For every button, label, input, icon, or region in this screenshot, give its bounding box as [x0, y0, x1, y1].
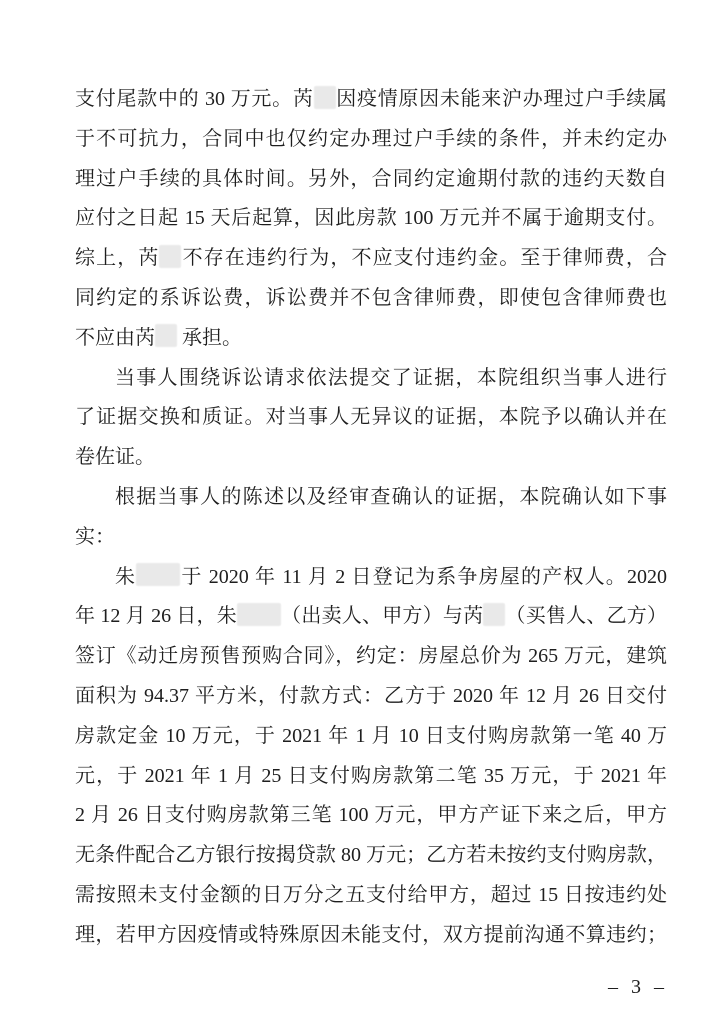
text-line: 需按照未支付金额的日万分之五支付给甲方，超过 15 日按违约处: [75, 876, 667, 916]
text-run: 于 2020 年 11 月 2 日登记为系争房屋的产权人。2020: [180, 566, 667, 588]
text-line: 不应由芮 承担。: [75, 319, 667, 359]
text-line: 无条件配合乙方银行按揭贷款 80 万元；乙方若未按约支付购房款，: [75, 836, 667, 876]
redaction-box: [483, 603, 505, 626]
text-run: 2 月 26 日支付购房款第三笔 100 万元，甲方产证下来之后，甲方: [75, 804, 667, 826]
text-line: 了证据交换和质证。对当事人无异议的证据，本院予以确认并在: [75, 398, 667, 438]
text-run: 支付尾款中的 30 万元。芮: [75, 88, 314, 110]
redaction-box: [159, 245, 181, 268]
text-run: 签订《动迁房预售预购合同》，约定：房屋总价为 265 万元，建筑: [75, 645, 667, 667]
text-line: 支付尾款中的 30 万元。芮因疫情原因未能来沪办理过户手续属: [75, 80, 667, 120]
text-run: 当事人围绕诉讼请求依法提交了证据，本院组织当事人进行: [115, 367, 667, 389]
text-line: 于不可抗力，合同中也仅约定办理过户手续的条件，并未约定办: [75, 120, 667, 160]
redaction-box: [314, 86, 336, 109]
text-run: 不存在违约行为，不应支付违约金。至于律师费，合: [181, 247, 667, 269]
redaction-box: [237, 603, 281, 626]
text-run: 于不可抗力，合同中也仅约定办理过户手续的条件，并未约定办: [75, 128, 667, 150]
text-line: 应付之日起 15 天后起算，因此房款 100 万元并不属于逾期支付。: [75, 199, 667, 239]
scanned-court-document-page: 支付尾款中的 30 万元。芮因疫情原因未能来沪办理过户手续属于不可抗力，合同中也…: [0, 0, 724, 1024]
text-run: 理过户手续的具体时间。另外，合同约定逾期付款的违约天数自: [75, 168, 667, 190]
text-run: 年 12 月 26 日，朱: [75, 605, 237, 627]
text-run: 理，若甲方因疫情或特殊原因未能支付，双方提前沟通不算违约；: [75, 924, 667, 946]
text-run: 综上，芮: [75, 247, 159, 269]
text-run: 承担。: [177, 327, 242, 349]
text-line: 年 12 月 26 日，朱（出卖人、甲方）与芮（买售人、乙方）: [75, 597, 667, 637]
text-run: （买售人、乙方）: [505, 605, 667, 627]
text-run: 朱: [115, 566, 136, 588]
text-line: 元，于 2021 年 1 月 25 日支付购房款第二笔 35 万元，于 2021…: [75, 757, 667, 797]
text-run: 应付之日起 15 天后起算，因此房款 100 万元并不属于逾期支付。: [75, 207, 667, 229]
text-line: 理过户手续的具体时间。另外，合同约定逾期付款的违约天数自: [75, 160, 667, 200]
text-run: 根据当事人的陈述以及经审查确认的证据，本院确认如下事: [115, 486, 667, 508]
text-run: （出卖人、甲方）与芮: [281, 605, 483, 627]
text-line: 朱于 2020 年 11 月 2 日登记为系争房屋的产权人。2020: [75, 558, 667, 598]
text-run: 面积为 94.37 平方米，付款方式：乙方于 2020 年 12 月 26 日交…: [75, 685, 667, 707]
text-line: 同约定的系诉讼费，诉讼费并不包含律师费，即使包含律师费也: [75, 279, 667, 319]
text-run: 元，于 2021 年 1 月 25 日支付购房款第二笔 35 万元，于 2021…: [75, 765, 667, 787]
text-line: 根据当事人的陈述以及经审查确认的证据，本院确认如下事: [75, 478, 667, 518]
text-run: 无条件配合乙方银行按揭贷款 80 万元；乙方若未按约支付购房款，: [75, 844, 667, 866]
text-line: 理，若甲方因疫情或特殊原因未能支付，双方提前沟通不算违约；: [75, 916, 667, 956]
redaction-box: [155, 324, 177, 347]
text-line: 实：: [75, 518, 667, 558]
text-line: 当事人围绕诉讼请求依法提交了证据，本院组织当事人进行: [75, 359, 667, 399]
text-run: 因疫情原因未能来沪办理过户手续属: [336, 88, 667, 110]
text-line: 2 月 26 日支付购房款第三笔 100 万元，甲方产证下来之后，甲方: [75, 796, 667, 836]
text-run: 房款定金 10 万元，于 2021 年 1 月 10 日支付购房款第一笔 40 …: [75, 725, 667, 747]
text-run: 了证据交换和质证。对当事人无异议的证据，本院予以确认并在: [75, 406, 667, 428]
text-line: 房款定金 10 万元，于 2021 年 1 月 10 日支付购房款第一笔 40 …: [75, 717, 667, 757]
text-run: 需按照未支付金额的日万分之五支付给甲方，超过 15 日按违约处: [75, 884, 667, 906]
text-run: 不应由芮: [75, 327, 155, 349]
redaction-box: [136, 563, 180, 586]
text-line: 综上，芮不存在违约行为，不应支付违约金。至于律师费，合: [75, 239, 667, 279]
text-line: 卷佐证。: [75, 438, 667, 478]
text-run: 实：: [75, 526, 115, 548]
document-body: 支付尾款中的 30 万元。芮因疫情原因未能来沪办理过户手续属于不可抗力，合同中也…: [75, 80, 667, 956]
text-line: 面积为 94.37 平方米，付款方式：乙方于 2020 年 12 月 26 日交…: [75, 677, 667, 717]
text-run: 卷佐证。: [75, 446, 155, 468]
text-line: 签订《动迁房预售预购合同》，约定：房屋总价为 265 万元，建筑: [75, 637, 667, 677]
text-run: 同约定的系诉讼费，诉讼费并不包含律师费，即使包含律师费也: [75, 287, 667, 309]
page-number: – 3 –: [608, 976, 668, 999]
